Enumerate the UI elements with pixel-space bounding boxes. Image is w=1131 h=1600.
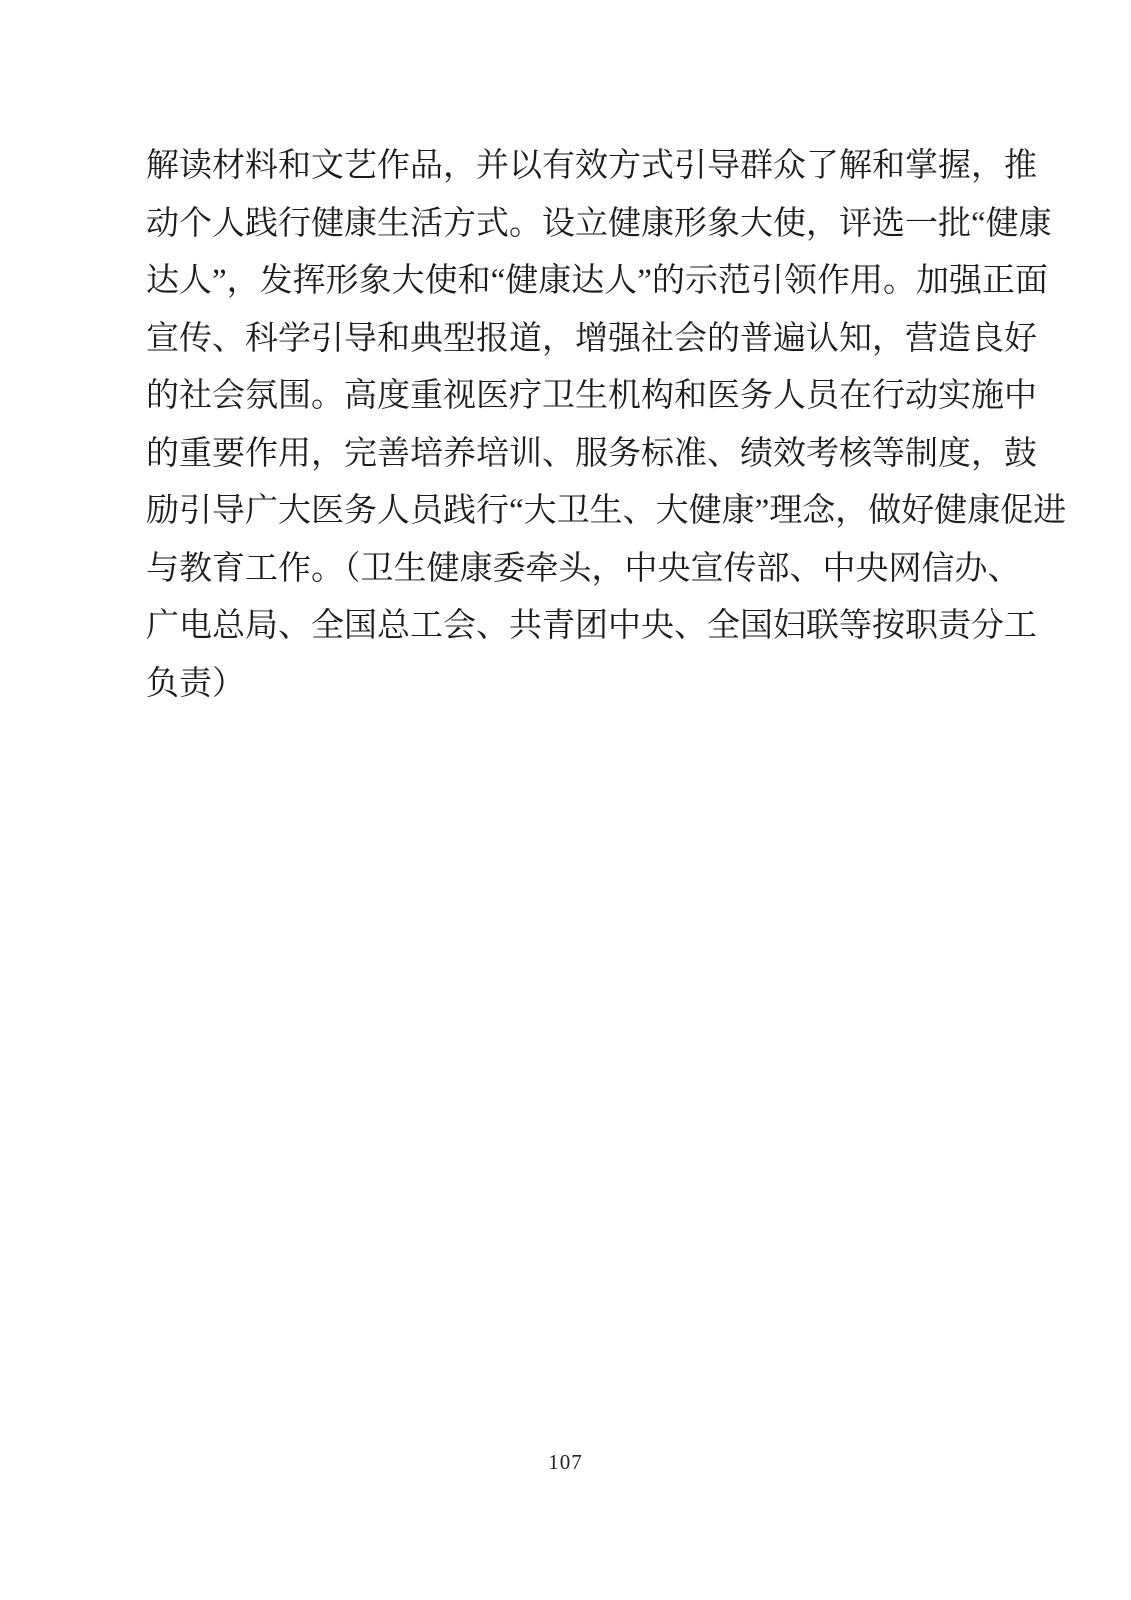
page-number: 107 (0, 1450, 1131, 1475)
text-line: 的重要作用，完善培养培训、服务标准、绩效考核等制度，鼓 (146, 426, 968, 484)
text-line: 广电总局、全国总工会、共青团中央、全国妇联等按职责分工 (146, 598, 968, 656)
document-page: 解读材料和文艺作品，并以有效方式引导群众了解和掌握，推 动个人践行健康生活方式。… (0, 0, 1131, 1600)
text-line: 解读材料和文艺作品，并以有效方式引导群众了解和掌握，推 (146, 138, 968, 196)
text-line: 宣传、科学引导和典型报道，增强社会的普遍认知，营造良好 (146, 311, 968, 369)
text-line: 的社会氛围。高度重视医疗卫生机构和医务人员在行动实施中 (146, 368, 968, 426)
body-text: 解读材料和文艺作品，并以有效方式引导群众了解和掌握，推 动个人践行健康生活方式。… (146, 138, 968, 713)
text-line: 与教育工作。（卫生健康委牵头，中央宣传部、中央网信办、 (146, 541, 968, 599)
text-line: 动个人践行健康生活方式。设立健康形象大使，评选一批“健康 (146, 196, 968, 254)
text-line: 达人”，发挥形象大使和“健康达人”的示范引领作用。加强正面 (146, 253, 968, 311)
text-line: 负责） (146, 656, 968, 714)
text-line: 励引导广大医务人员践行“大卫生、大健康”理念，做好健康促进 (146, 483, 968, 541)
